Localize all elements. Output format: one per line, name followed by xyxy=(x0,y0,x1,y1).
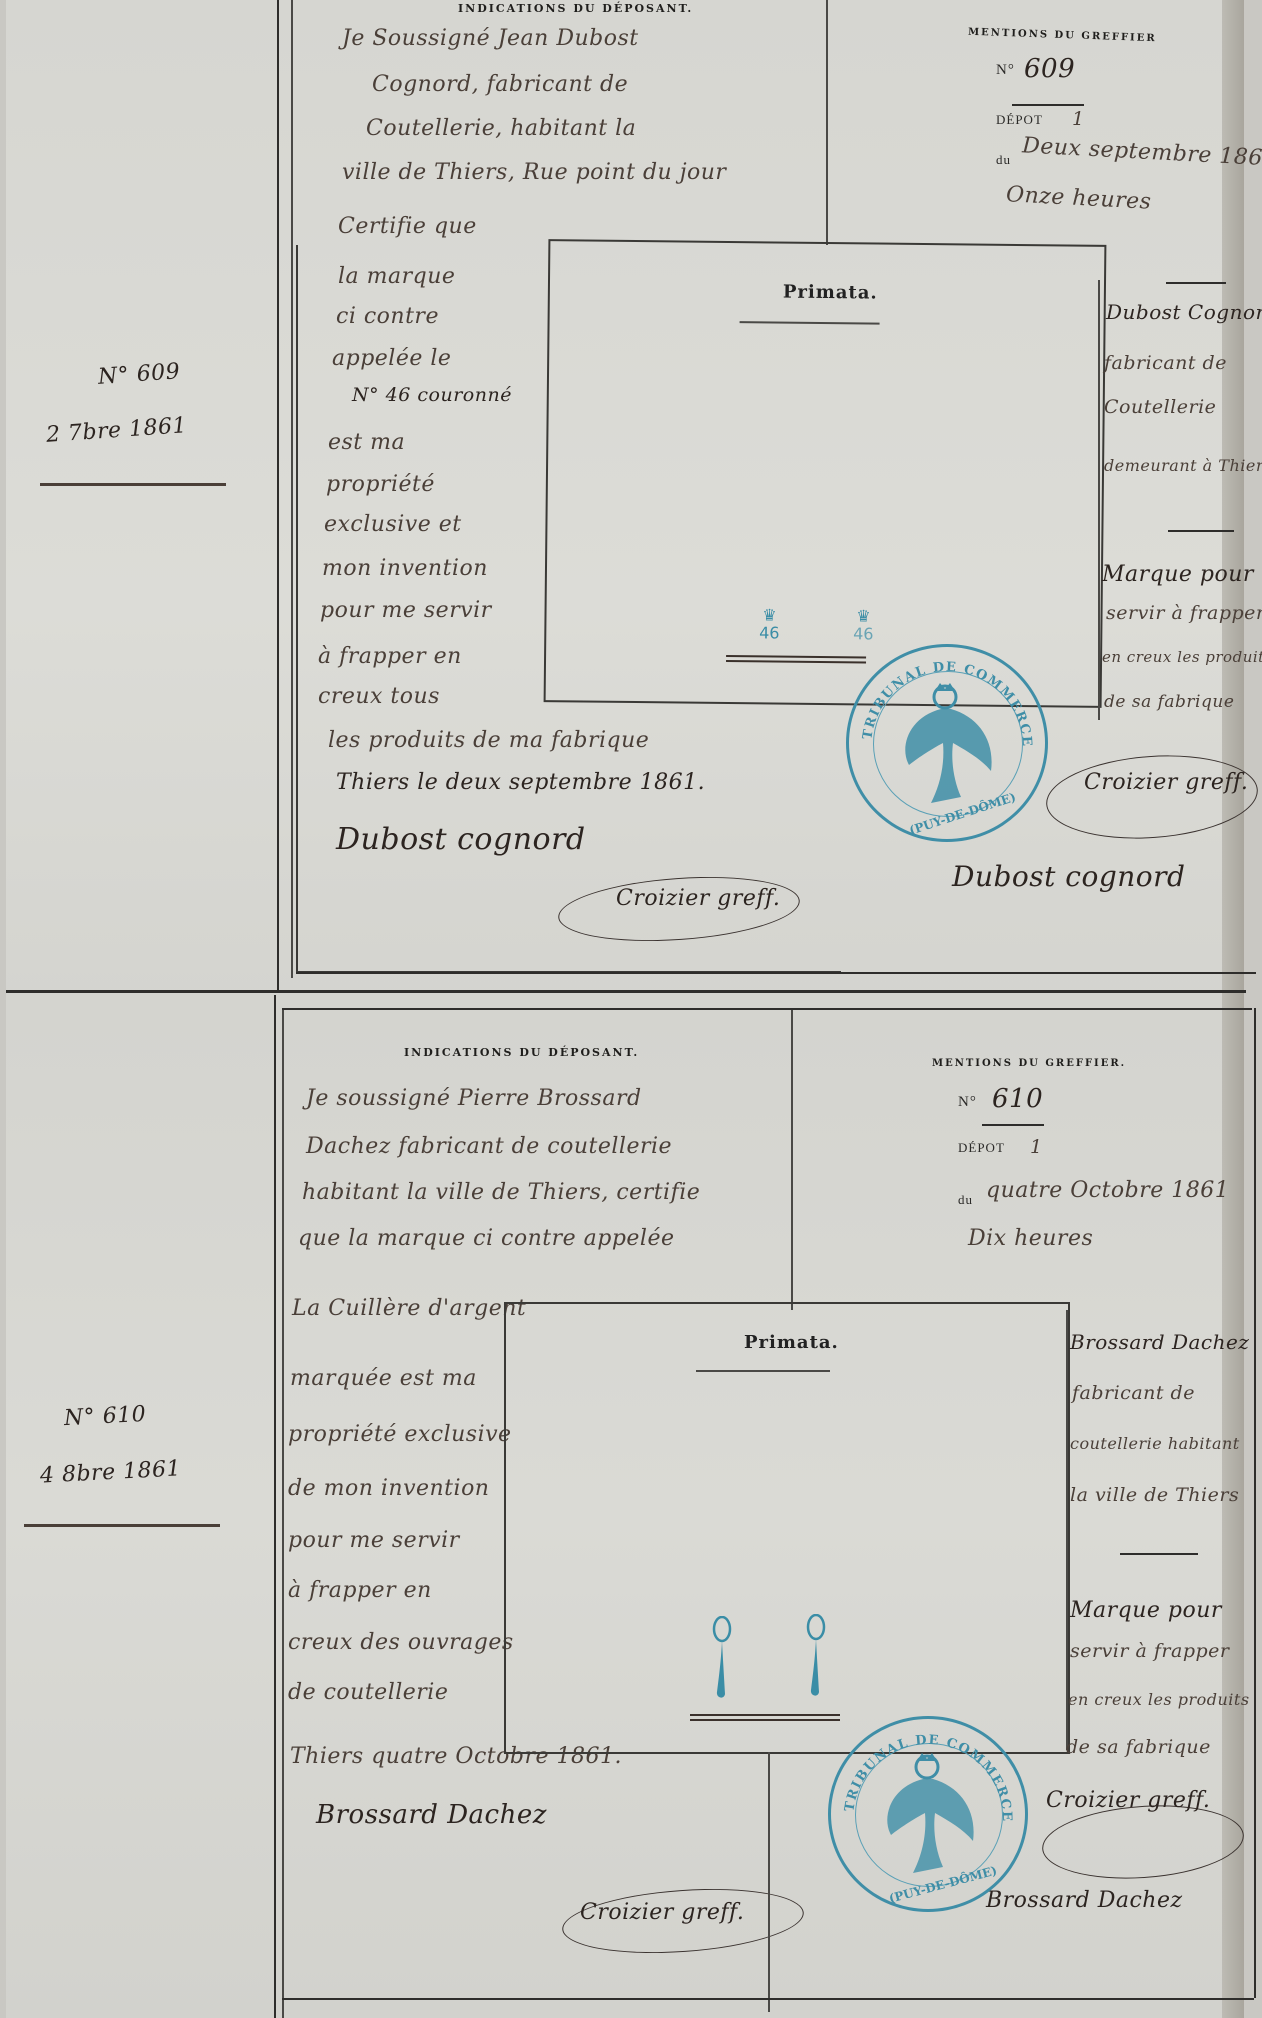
header-indications-deposant: INDICATIONS DU DÉPOSANT. xyxy=(404,1046,639,1059)
deposant-line: pour me servir xyxy=(288,1528,460,1553)
deposant-line: Cognord, fabricant de xyxy=(372,72,628,97)
deposant-line: à frapper en xyxy=(288,1578,432,1603)
side-rule xyxy=(1120,1553,1198,1555)
greffier-number-underline xyxy=(1012,104,1084,106)
greffier-side-line: coutellerie habitant xyxy=(1070,1434,1240,1453)
tribunal-seal: TRIBUNAL DE COMMERCE DE THIERS (PUY-DE-D… xyxy=(828,1716,1028,1912)
svg-text:(PUY-DE-DÔME): (PUY-DE-DÔME) xyxy=(907,788,1018,838)
deposant-line: La Cuillère d'argent xyxy=(292,1296,526,1321)
record-bottom-rule xyxy=(282,1998,1254,2000)
deposant-signature: Brossard Dachez xyxy=(316,1800,547,1830)
greffier-side-line: Dubost Cognord xyxy=(1106,300,1262,324)
greffier-date: quatre Octobre 1861 xyxy=(986,1178,1229,1203)
greffier-side-line: demeurant à Thiers xyxy=(1104,456,1262,475)
marks-underline xyxy=(726,655,866,663)
crown-icon: ♛ xyxy=(754,607,784,623)
crown-mark-left: ♛ 46 xyxy=(754,607,784,642)
side-rule xyxy=(1166,282,1226,284)
side-rule xyxy=(1168,530,1234,532)
greffier-side-line: en creux les produits xyxy=(1102,648,1262,666)
side-deposant-signature: Dubost cognord xyxy=(952,860,1185,893)
primata-title: Primata. xyxy=(783,282,878,304)
margin-underline xyxy=(40,483,226,486)
margin-note-number: N° 609 xyxy=(97,359,181,390)
primata-title-rule xyxy=(696,1370,830,1372)
record-top-rule xyxy=(282,1008,1252,1010)
greffier-time: Dix heures xyxy=(968,1226,1093,1251)
svg-text:(PUY-DE-DÔME): (PUY-DE-DÔME) xyxy=(887,1861,999,1905)
deposant-line: de coutellerie xyxy=(288,1680,448,1705)
greffier-side-line: Marque pour xyxy=(1070,1598,1222,1623)
greffier-side-divider xyxy=(1098,280,1100,720)
margin-note-date: 4 8bre 1861 xyxy=(39,1456,181,1488)
deposant-line: Je Soussigné Jean Dubost xyxy=(342,26,639,51)
record-bottom-rule xyxy=(296,972,1256,974)
greffier-side-divider xyxy=(1066,1310,1068,1750)
greffier-side-line: Marque pour xyxy=(1102,562,1254,587)
greffier-side-line: fabricant de xyxy=(1072,1382,1195,1404)
depot-label: DÉPOT xyxy=(996,112,1043,128)
greffier-side-line: la ville de Thiers xyxy=(1070,1484,1239,1506)
margin-rule-inner xyxy=(282,1008,284,2018)
column-divider xyxy=(826,0,828,245)
greffier-number: 610 xyxy=(992,1084,1043,1114)
eagle-icon: TRIBUNAL DE COMMERCE DE THIERS (PUY-DE-D… xyxy=(831,1719,1025,1909)
margin-note-date: 2 7bre 1861 xyxy=(45,413,187,448)
primata-box: Primata. xyxy=(504,1302,1070,1754)
deposant-line: ville de Thiers, Rue point du jour xyxy=(342,160,726,185)
deposant-line: marquée est ma xyxy=(290,1366,477,1391)
deposant-line: creux des ouvrages xyxy=(288,1630,514,1655)
depot-mark: 1 xyxy=(1072,108,1085,130)
deposant-line: Dachez fabricant de coutellerie xyxy=(306,1134,672,1159)
margin-rule-outer xyxy=(277,0,279,990)
deposant-line: Certifie que xyxy=(338,214,477,239)
deposant-line: Coutellerie, habitant la xyxy=(366,116,636,141)
greffier-side-line: en creux les produits xyxy=(1068,1690,1250,1709)
greffier-number: 609 xyxy=(1024,54,1075,84)
greffier-side-line: de sa fabrique xyxy=(1104,692,1234,712)
du-label: du xyxy=(958,1192,973,1208)
primata-title: Primata. xyxy=(744,1332,839,1353)
greffier-side-line: Coutellerie xyxy=(1104,396,1216,418)
greffier-number-underline xyxy=(982,1124,1044,1126)
crown-mark-right: ♛ 46 xyxy=(848,608,878,643)
header-mentions-greffier: MENTIONS DU GREFFIER xyxy=(968,27,1157,45)
depot-label: DÉPOT xyxy=(958,1140,1005,1156)
header-indications-deposant: INDICATIONS DU DÉPOSANT. xyxy=(458,2,693,15)
primata-box: Primata. ♛ 46 ♛ 46 xyxy=(544,239,1107,708)
greffier-side-line: fabricant de xyxy=(1104,352,1227,374)
margin-underline xyxy=(24,1524,220,1527)
margin-note-number: N° 610 xyxy=(63,1402,146,1431)
records-divider xyxy=(6,990,1246,993)
greffier-side-line: servir à frapper xyxy=(1106,602,1262,624)
mark-number: 46 xyxy=(848,624,878,643)
marks-underline xyxy=(690,1714,840,1721)
du-label: du xyxy=(996,152,1011,168)
margin-rule-inner xyxy=(291,0,293,978)
greffier-side-line: de sa fabrique xyxy=(1066,1736,1211,1758)
greffier-number-label: N° xyxy=(958,1094,977,1111)
greffier-time: Onze heures xyxy=(1005,182,1152,215)
deposant-line: Je soussigné Pierre Brossard xyxy=(306,1086,642,1111)
tribunal-seal: TRIBUNAL DE COMMERCE DE THIERS (PUY-DE-D… xyxy=(846,644,1048,842)
greffier-side-line: Brossard Dachez xyxy=(1070,1330,1249,1354)
side-greffier-signature: Croizier greff. xyxy=(1046,1788,1210,1813)
column-divider xyxy=(791,1010,793,1310)
greffier-signature: Croizier greff. xyxy=(580,1900,744,1925)
eagle-icon: TRIBUNAL DE COMMERCE DE THIERS (PUY-DE-D… xyxy=(849,647,1045,839)
crown-icon: ♛ xyxy=(848,608,878,624)
margin-rule-outer xyxy=(274,995,276,2018)
deposant-line: que la marque ci contre appelée xyxy=(298,1226,675,1251)
record-right-rule xyxy=(1254,1008,1256,1998)
spoon-icon xyxy=(710,1616,734,1702)
deposant-line: habitant la ville de Thiers, certifie xyxy=(302,1180,700,1205)
spoon-icon xyxy=(804,1614,828,1700)
greffier-side-line: servir à frapper xyxy=(1070,1640,1229,1662)
column-divider-lower xyxy=(768,1752,770,2012)
greffier-number-label: N° xyxy=(996,62,1015,79)
depot-mark: 1 xyxy=(1030,1136,1043,1158)
register-page: N° 609 2 7bre 1861 INDICATIONS DU DÉPOSA… xyxy=(6,0,1244,2018)
deposant-line: propriété exclusive xyxy=(288,1422,512,1447)
mark-number: 46 xyxy=(754,623,784,642)
primata-title-rule xyxy=(740,321,880,324)
deposant-line: de mon invention xyxy=(288,1476,489,1501)
header-mentions-greffier: MENTIONS DU GREFFIER. xyxy=(932,1058,1126,1069)
side-greffier-signature: Croizier greff. xyxy=(1084,770,1248,795)
